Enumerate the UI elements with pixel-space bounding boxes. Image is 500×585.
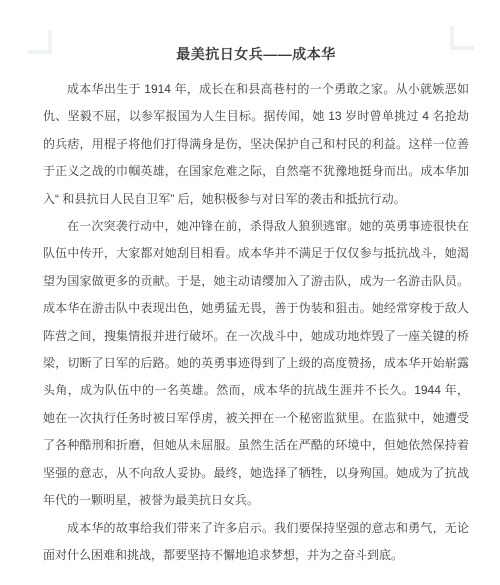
paragraph-2: 在一次突袭行动中，她冲锋在前，杀得敌人狼狈逃窜。她的英勇事迹很快在队伍中传开，大… [43, 213, 469, 514]
paragraph-3: 成本华的故事给我们带来了许多启示。我们要保持坚强的意志和勇气，无论面对什么困难和… [43, 515, 469, 570]
scan-corner-mark-right [450, 26, 474, 50]
scan-corner-mark-left [28, 30, 52, 54]
paragraph-1: 成本华出生于 1914 年，成长在和县高巷村的一个勇敢之家。从小就嫉恶如仇、坚毅… [43, 76, 469, 213]
document-page: 最美抗日女兵——成本华 成本华出生于 1914 年，成长在和县高巷村的一个勇敢之… [0, 0, 500, 585]
document-title: 最美抗日女兵——成本华 [43, 44, 469, 64]
